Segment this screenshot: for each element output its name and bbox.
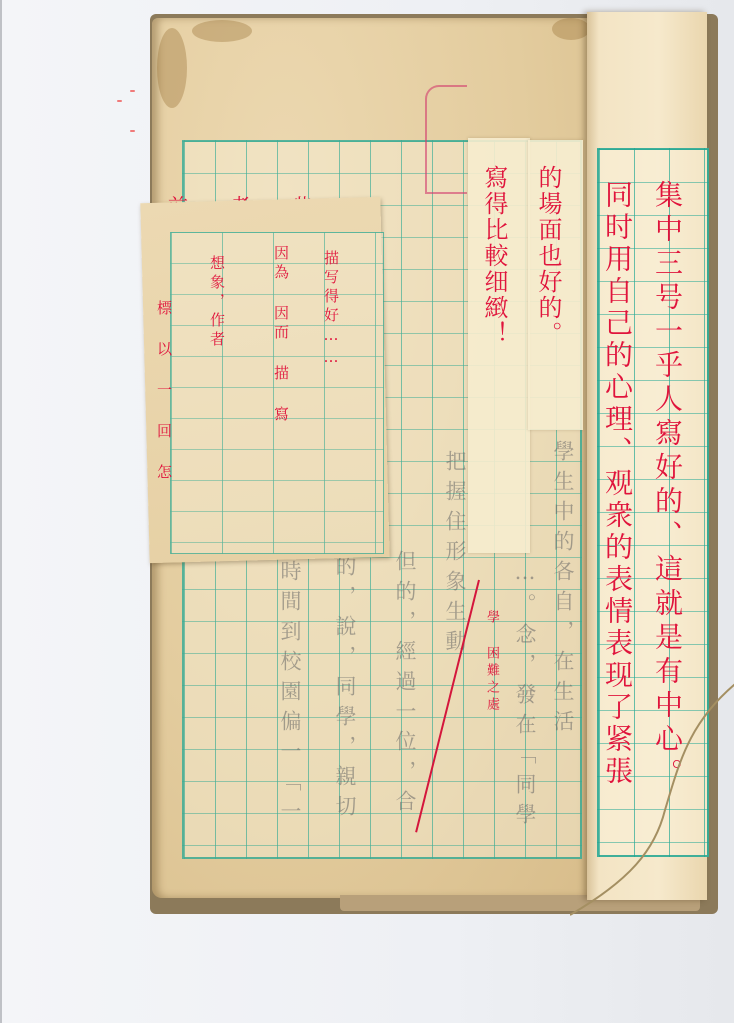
ink-speck bbox=[130, 130, 135, 132]
pencil-column: 的，說，同學，親切 bbox=[330, 555, 360, 855]
red-bracket-mark bbox=[425, 85, 467, 194]
pencil-column: 把握住形象生動 bbox=[440, 450, 470, 850]
ink-speck bbox=[117, 100, 122, 102]
water-stain bbox=[192, 20, 252, 42]
slip-column: 描写得好…… bbox=[322, 250, 340, 550]
slip-column: 標 以 一 回 怎 bbox=[155, 300, 173, 550]
slip-column: 因為 因而 描 寫 bbox=[272, 245, 290, 545]
pencil-column: 但的，經過一位，合 bbox=[390, 550, 420, 850]
margin-note: 學 困難之處 bbox=[482, 610, 500, 770]
ink-speck bbox=[130, 90, 135, 92]
scan-border bbox=[0, 0, 2, 1023]
slip-column: 想象，作者 bbox=[208, 255, 226, 545]
pencil-column: 時間到校園偏一「一 bbox=[275, 560, 305, 850]
binding-thread bbox=[570, 680, 734, 920]
comment-column: 寫得比較细緻！ bbox=[480, 165, 508, 465]
comment-column: 的場面也好的。 bbox=[534, 165, 562, 425]
pencil-column: …。念，發在「同學 bbox=[510, 560, 540, 860]
water-stain bbox=[157, 28, 187, 108]
water-stain bbox=[552, 18, 590, 40]
